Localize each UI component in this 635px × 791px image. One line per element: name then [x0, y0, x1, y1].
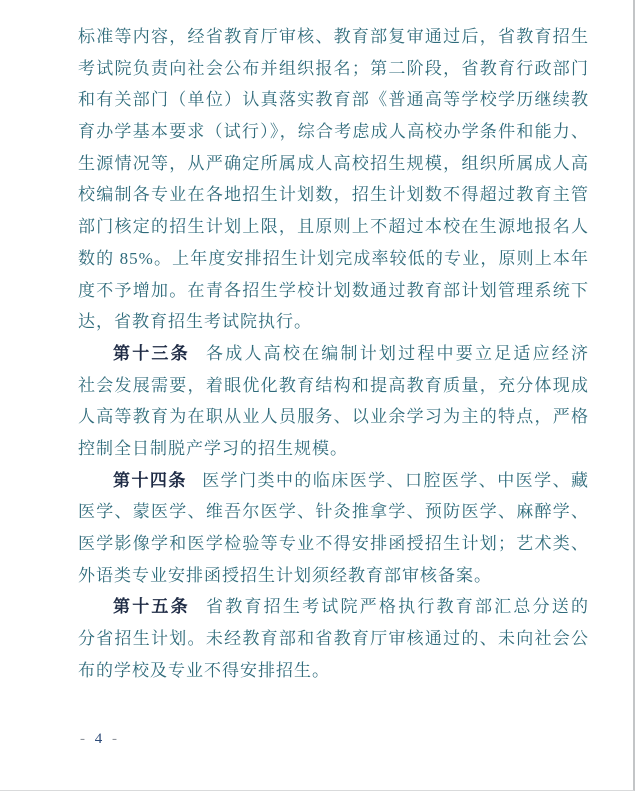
- text-line: 部门核定的招生计划上限，且原则上不超过本校在生源地报名人: [78, 211, 589, 243]
- article-15-first-line: 第十五条省教育招生考试院严格执行教育部汇总分送的: [78, 591, 589, 623]
- text-line: 控制全日制脱产学习的招生规模。: [78, 433, 589, 465]
- article-15-text: 省教育招生考试院严格执行教育部汇总分送的: [205, 597, 589, 616]
- document-page: 标准等内容，经省教育厅审核、教育部复审通过后，省教育招生 考试院负责向社会公布并…: [0, 0, 635, 791]
- page-number: - 4 -: [80, 729, 120, 749]
- text-line: 标准等内容，经省教育厅审核、教育部复审通过后，省教育招生: [78, 21, 589, 53]
- text-line: 校编制各专业在各地招生计划数，招生计划数不得超过教育主管: [78, 179, 589, 211]
- article-15-number: 第十五条: [113, 597, 190, 616]
- article-13-text: 各成人高校在编制计划过程中要立足适应经济: [205, 344, 589, 363]
- document-body: 标准等内容，经省教育厅审核、教育部复审通过后，省教育招生 考试院负责向社会公布并…: [78, 21, 589, 686]
- page-number-value: 4: [95, 731, 106, 747]
- text-line: 和有关部门（单位）认真落实教育部《普通高等学校学历继续教: [78, 84, 589, 116]
- article-14-number: 第十四条: [113, 471, 187, 490]
- text-line: 生源情况等，从严确定所属成人高校招生规模，组织所属成人高: [78, 148, 589, 180]
- article-13-first-line: 第十三条各成人高校在编制计划过程中要立足适应经济: [78, 338, 589, 370]
- article-14-text: 医学门类中的临床医学、口腔医学、中医学、藏: [202, 471, 589, 490]
- text-line: 医学影像学和医学检验等专业不得安排函授招生计划；艺术类、: [78, 528, 589, 560]
- page-number-left-dash: -: [80, 731, 88, 747]
- text-line: 外语类专业安排函授招生计划须经教育部审核备案。: [78, 560, 589, 592]
- text-line: 度不予增加。在青各招生学校计划数通过教育部计划管理系统下: [78, 275, 589, 307]
- text-line: 人高等教育为在职从业人员服务、以业余学习为主的特点，严格: [78, 401, 589, 433]
- text-line: 医学、蒙医学、维吾尔医学、针灸推拿学、预防医学、麻醉学、: [78, 496, 589, 528]
- text-line: 布的学校及专业不得安排招生。: [78, 655, 589, 687]
- text-line: 育办学基本要求（试行）》，综合考虑成人高校办学条件和能力、: [78, 116, 589, 148]
- text-line: 达，省教育招生考试院执行。: [78, 306, 589, 338]
- text-line: 社会发展需要，着眼优化教育结构和提高教育质量，充分体现成: [78, 370, 589, 402]
- page-number-right-dash: -: [112, 731, 120, 747]
- article-14-first-line: 第十四条医学门类中的临床医学、口腔医学、中医学、藏: [78, 465, 589, 497]
- text-line: 数的 85%。上年度安排招生计划完成率较低的专业，原则上本年: [78, 243, 589, 275]
- article-13-number: 第十三条: [113, 344, 190, 363]
- text-line: 分省招生计划。未经教育部和省教育厅审核通过的、未向社会公: [78, 623, 589, 655]
- text-line: 考试院负责向社会公布并组织报名；第二阶段，省教育行政部门: [78, 53, 589, 85]
